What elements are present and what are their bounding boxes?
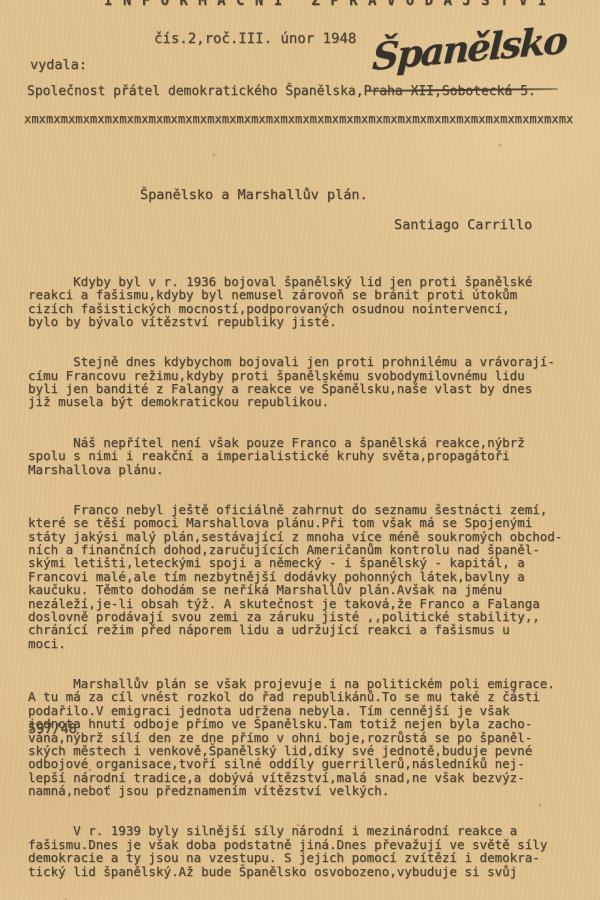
handwritten-annotation: Španělsko bbox=[371, 17, 573, 79]
article-body: Kdyby byl v r. 1936 bojoval španělský li… bbox=[28, 248, 588, 900]
paragraph-6: V r. 1939 byly silnější síly národní i m… bbox=[28, 824, 588, 878]
document-number: 597/48 bbox=[28, 721, 77, 737]
paragraph-5: Marshallův plán se však projevuje i na p… bbox=[28, 677, 588, 798]
publisher-address-line: Společnost přátel demokratického Španěls… bbox=[27, 84, 536, 99]
masthead-title: I N F O R M A Č N Í Z P R A V O D A J S … bbox=[104, 0, 547, 9]
paragraph-1: Kdyby byl v r. 1936 bojoval španělský li… bbox=[28, 275, 588, 329]
publisher-label: vydala: bbox=[30, 57, 87, 73]
article-title: Španělsko a Marshallův plán. bbox=[140, 187, 368, 203]
paragraph-4: Franco nebyl ještě oficiálně zahrnut do … bbox=[28, 503, 588, 650]
paragraph-2: Stejně dnes kdybychom bojovali jen proti… bbox=[28, 355, 588, 409]
typed-separator-row: xmxmxmxmxmxmxmxmxmxmxmxmxmxmxmxmxmxmxmxm… bbox=[24, 112, 573, 126]
scanned-document-page: I N F O R M A Č N Í Z P R A V O D A J S … bbox=[0, 0, 600, 900]
article-author: Santiago Carrillo bbox=[394, 217, 532, 233]
issue-date-line: čís.2,roč.III. únor 1948 bbox=[154, 31, 356, 47]
paragraph-3: Náš nepřítel není však pouze Franco a šp… bbox=[28, 436, 588, 476]
